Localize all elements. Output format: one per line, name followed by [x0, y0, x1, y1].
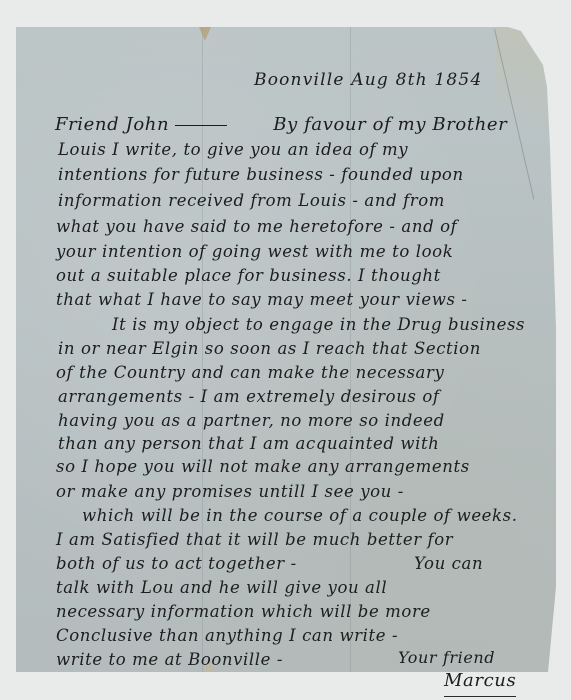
- letter-line: necessary information which will be more: [56, 604, 431, 621]
- letter-line: It is my object to engage in the Drug bu…: [112, 317, 525, 334]
- dash-rule: [175, 125, 227, 126]
- letter-line: out a suitable place for business. I tho…: [56, 268, 441, 285]
- letter-line: your intention of going west with me to …: [56, 244, 453, 261]
- letter-line: which will be in the course of a couple …: [82, 508, 518, 525]
- letter-line: both of us to act together -: [56, 556, 297, 573]
- letter-line: information received from Louis - and fr…: [58, 193, 445, 210]
- paper-notch: [199, 27, 211, 41]
- letter-line: Louis I write, to give you an idea of my: [58, 142, 408, 159]
- letter-line: than any person that I am acquainted wit…: [58, 436, 439, 453]
- letter-closing: Your friend: [398, 650, 495, 666]
- letter-line: intentions for future business - founded…: [58, 167, 464, 184]
- paper-stain: [496, 27, 556, 167]
- salutation-text: Friend John: [55, 114, 169, 135]
- letter-line: of the Country and can make the necessar…: [56, 365, 444, 382]
- letter-line: that what I have to say may meet your vi…: [56, 292, 468, 309]
- letter-line-right: You can: [414, 556, 483, 573]
- letter-salutation: Friend JohnBy favour of my Brother: [55, 116, 507, 134]
- salutation-continuation: By favour of my Brother: [273, 114, 507, 135]
- letter-signature: Marcus: [444, 672, 516, 697]
- letter-line: what you have said to me heretofore - an…: [56, 219, 457, 236]
- letter-line: so I hope you will not make any arrangem…: [56, 459, 470, 476]
- letter-line: talk with Lou and he will give you all: [56, 580, 387, 597]
- letter-line: write to me at Boonville -: [56, 652, 283, 669]
- letter-date: Boonville Aug 8th 1854: [254, 72, 482, 89]
- letter-line: in or near Elgin so soon as I reach that…: [58, 341, 481, 358]
- letter-line: I am Satisfied that it will be much bett…: [56, 532, 453, 549]
- letter-line: arrangements - I am extremely desirous o…: [58, 389, 440, 406]
- letter-line: having you as a partner, no more so inde…: [58, 413, 445, 430]
- letter-line: or make any promises untill I see you -: [56, 484, 404, 501]
- letter-line: Conclusive than anything I can write -: [56, 628, 398, 645]
